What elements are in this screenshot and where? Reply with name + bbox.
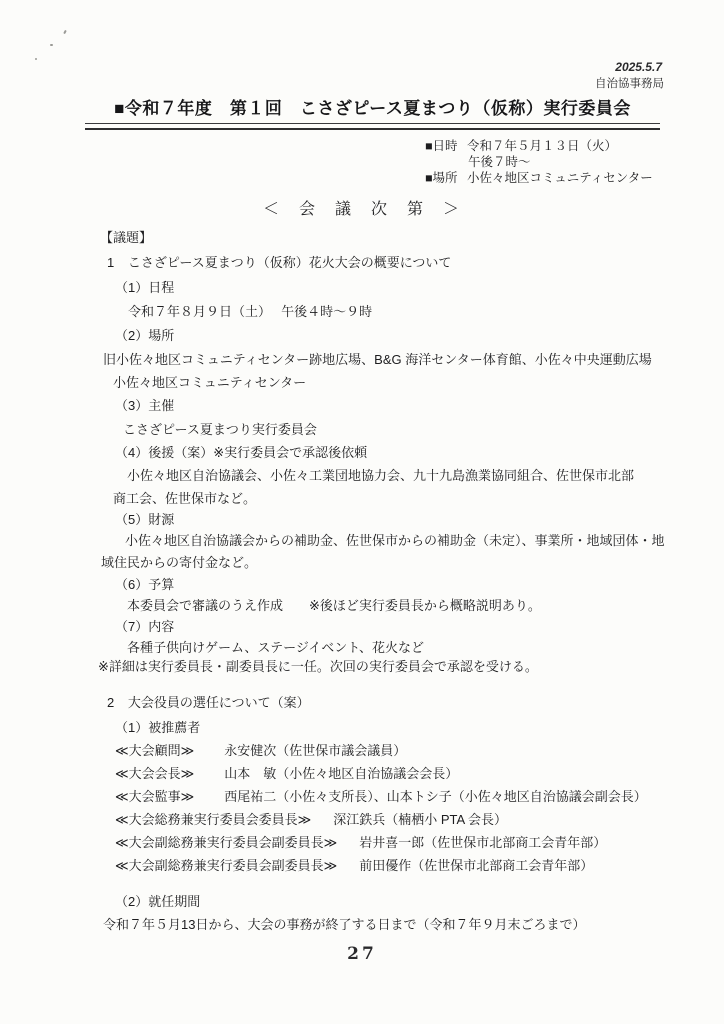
topic1-note: ※詳細は実行委員長・副委員長に一任。次回の実行委員会で承認を受ける。 [98, 658, 538, 676]
scan-artifact [35, 58, 37, 60]
topic1-title: 1 こさざピース夏まつり（仮称）花火大会の概要について [107, 254, 451, 272]
nominee-name: 永安健次（佐世保市議会議員） [224, 742, 406, 760]
agenda-item-text: 域住民からの寄付金など。 [101, 554, 257, 572]
agenda-item-label: （6）予算 [115, 576, 174, 594]
nominee-row: ≪大会総務兼実行委員会委員長≫ 深江鉄兵（楠栖小 PTA 会長） [115, 811, 507, 829]
agenda-heading: ＜ 会 議 次 第 ＞ [0, 196, 724, 219]
place-label: ■場所 [425, 171, 458, 185]
page-number: 27 [0, 944, 724, 964]
topic2-sub2-text: 令和７年５月13日から、大会の事務が終了する日まで（令和７年９月末ごろまで） [103, 916, 585, 934]
topic2-title: 2 大会役員の選任について（案） [107, 694, 310, 712]
agenda-item-text: 本委員会で審議のうえ作成 ※後ほど実行委員長から概略説明あり。 [127, 597, 541, 615]
datetime-value: 令和７年５月１３日（火） [467, 139, 617, 153]
meeting-place: ■場所 小佐々地区コミュニティセンター [425, 169, 653, 187]
agenda-item-label: （7）内容 [115, 618, 174, 636]
title-underline [85, 123, 660, 130]
nominee-row: ≪大会副総務兼実行委員会副委員長≫ 岩井喜一郎（佐世保市北部商工会青年部） [115, 834, 606, 852]
nominee-name: 山本 敏（小佐々地区自治協議会会長） [224, 765, 458, 783]
issuing-office: 自治協事務局 [595, 75, 664, 93]
nominee-row: ≪大会副総務兼実行委員会副委員長≫ 前田優作（佐世保市北部商工会青年部） [115, 857, 593, 875]
nominee-name: 深江鉄兵（楠栖小 PTA 会長） [333, 811, 507, 829]
datetime-label: ■日時 [425, 139, 458, 153]
document-title: ■令和７年度 第１回 こさざピース夏まつり（仮称）実行委員会 [85, 94, 660, 119]
topics-heading: 【議題】 [100, 229, 152, 247]
nominee-name: 西尾祐二（小佐々支所長）、山本トシ子（小佐々地区自治協議会副会長） [224, 788, 647, 806]
scan-artifact [63, 30, 67, 34]
topic2-sub1-label: （1）被推薦者 [115, 719, 200, 737]
agenda-item-text: 小佐々地区自治協議会、小佐々工業団地協力会、九十九島漁業協同組合、佐世保市北部 [127, 467, 634, 485]
place-value: 小佐々地区コミュニティセンター [467, 171, 653, 185]
nominee-name: 前田優作（佐世保市北部商工会青年部） [359, 857, 593, 875]
agenda-item-text: こさざピース夏まつり実行委員会 [123, 421, 317, 439]
nominee-row: ≪大会顧問≫ 永安健次（佐世保市議会議員） [115, 742, 406, 760]
agenda-item-label: （5）財源 [115, 511, 174, 529]
nominee-row: ≪大会会長≫ 山本 敏（小佐々地区自治協議会会長） [115, 765, 458, 783]
agenda-item-text: 小佐々地区コミュニティセンター [113, 374, 306, 392]
nominee-name: 岩井喜一郎（佐世保市北部商工会青年部） [359, 834, 606, 852]
agenda-item-label: （2）場所 [115, 327, 174, 345]
topic1-title-text: こさざピース夏まつり（仮称）花火大会の概要について [128, 255, 452, 270]
agenda-item-text: 各種子供向けゲーム、ステージイベント、花火など [127, 639, 424, 657]
agenda-item-text: 小佐々地区自治協議会からの補助金、佐世保市からの補助金（未定）、事業所・地域団体… [125, 532, 665, 550]
agenda-item-text: 商工会、佐世保市など。 [113, 490, 256, 508]
agenda-item-text: 令和７年８月９日（土） 午後４時～９時 [128, 303, 372, 321]
nominee-role: ≪大会会長≫ [115, 765, 194, 783]
topic2-number: 2 [107, 695, 114, 710]
agenda-item-label: （1）日程 [115, 279, 174, 297]
scan-date: 2025.5.7 [615, 58, 662, 76]
agenda-item-text: 旧小佐々地区コミュニティセンター跡地広場、B&G 海洋センター体育館、小佐々中央… [103, 351, 652, 369]
nominee-role: ≪大会監事≫ [115, 788, 194, 806]
scanned-document-page: 2025.5.7 自治協事務局 ■令和７年度 第１回 こさざピース夏まつり（仮称… [0, 0, 724, 1024]
nominee-role: ≪大会総務兼実行委員会委員長≫ [115, 811, 311, 829]
topic2-title-text: 大会役員の選任について（案） [128, 695, 310, 710]
nominee-role: ≪大会顧問≫ [115, 742, 194, 760]
scan-artifact [50, 44, 53, 46]
agenda-item-label: （4）後援（案）※実行委員会で承認後依頼 [115, 444, 367, 462]
agenda-item-label: （3）主催 [115, 397, 174, 415]
nominee-role: ≪大会副総務兼実行委員会副委員長≫ [115, 857, 337, 875]
topic1-number: 1 [107, 255, 114, 270]
topic2-sub2-label: （2）就任期間 [115, 893, 200, 911]
nominee-role: ≪大会副総務兼実行委員会副委員長≫ [115, 834, 337, 852]
nominee-row: ≪大会監事≫ 西尾祐二（小佐々支所長）、山本トシ子（小佐々地区自治協議会副会長） [115, 788, 647, 806]
